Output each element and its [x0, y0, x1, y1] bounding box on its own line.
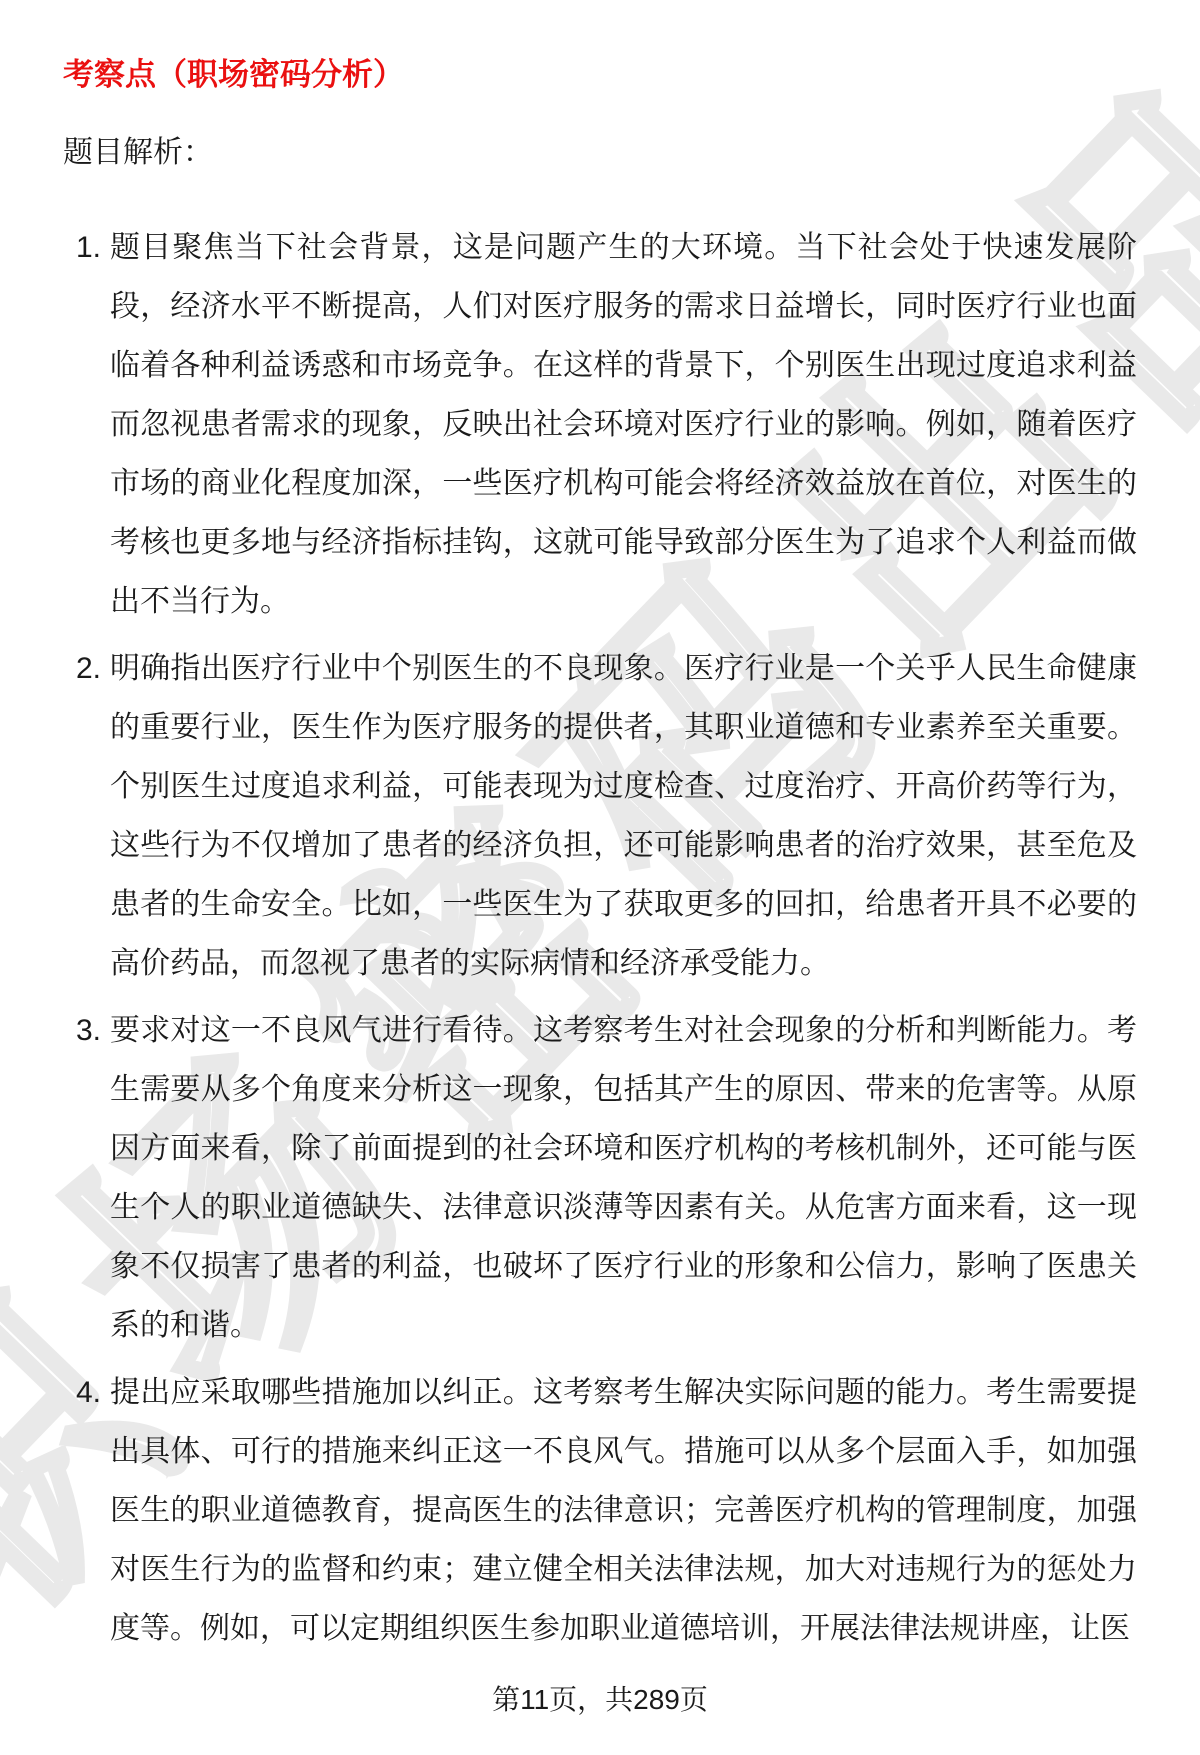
document-page: 职场密码出品 考察点（职场密码分析） 题目解析： 1. 题目聚焦当下社会背景，这…	[0, 0, 1200, 1755]
item-number: 1.	[63, 218, 110, 631]
item-text: 明确指出医疗行业中个别医生的不良现象。医疗行业是一个关乎人民生命健康的重要行业，…	[110, 639, 1137, 993]
list-item: 4. 提出应采取哪些措施加以纠正。这考察考生解决实际问题的能力。考生需要提出具体…	[63, 1363, 1137, 1658]
page-number-footer: 第11页，共289页	[0, 1682, 1200, 1718]
item-number: 2.	[63, 639, 110, 993]
item-number: 3.	[63, 1001, 110, 1355]
section-heading: 考察点（职场密码分析）	[63, 55, 404, 95]
list-item: 3. 要求对这一不良风气进行看待。这考察考生对社会现象的分析和判断能力。考生需要…	[63, 1001, 1137, 1355]
list-item: 1. 题目聚焦当下社会背景，这是问题产生的大环境。当下社会处于快速发展阶段，经济…	[63, 218, 1137, 631]
analysis-list: 1. 题目聚焦当下社会背景，这是问题产生的大环境。当下社会处于快速发展阶段，经济…	[63, 218, 1137, 1666]
item-text: 题目聚焦当下社会背景，这是问题产生的大环境。当下社会处于快速发展阶段，经济水平不…	[110, 218, 1137, 631]
subtitle-label: 题目解析：	[63, 133, 213, 173]
item-text: 要求对这一不良风气进行看待。这考察考生对社会现象的分析和判断能力。考生需要从多个…	[110, 1001, 1137, 1355]
item-text: 提出应采取哪些措施加以纠正。这考察考生解决实际问题的能力。考生需要提出具体、可行…	[110, 1363, 1137, 1658]
list-item: 2. 明确指出医疗行业中个别医生的不良现象。医疗行业是一个关乎人民生命健康的重要…	[63, 639, 1137, 993]
item-number: 4.	[63, 1363, 110, 1658]
